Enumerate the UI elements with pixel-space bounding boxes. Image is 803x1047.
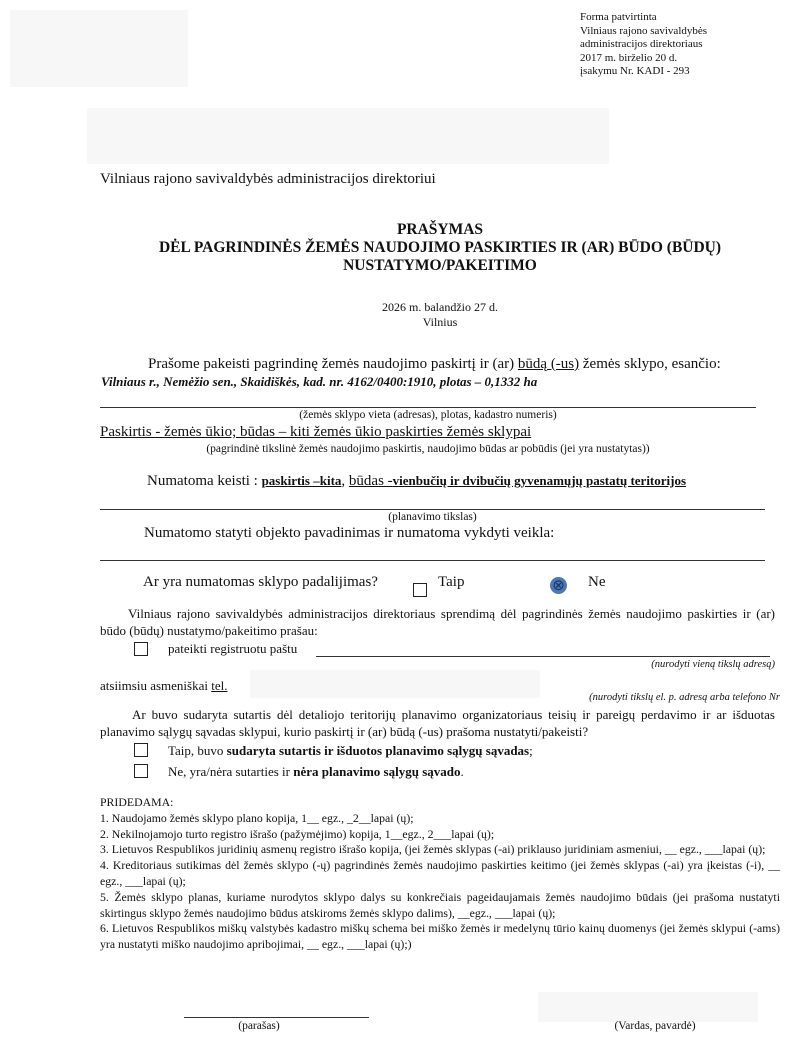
contract-yes-label: Taip, buvo sudaryta sutartis ir išduotos… [168, 743, 533, 759]
approval-line: administracijos direktoriaus [580, 38, 707, 52]
attachment-item: 6. Lietuvos Respublikos miškų valstybės … [100, 921, 780, 953]
attachment-item: 2. Nekilnojamojo turto registro išrašo (… [100, 827, 780, 843]
redacted-logo-area [10, 10, 188, 87]
mail-caption: (nurodyti vieną tikslų adresą) [560, 659, 775, 670]
location-caption: (žemės sklypo vieta (adresas), plotas, k… [100, 409, 756, 421]
approval-note: Forma patvirtinta Vilniaus rajono saviva… [580, 11, 707, 79]
division-no-selected-radio[interactable]: ⊗ [550, 577, 567, 594]
division-yes-label: Taip [438, 574, 464, 591]
mail-label: pateikti registruotu paštu [168, 641, 297, 657]
change-row: Numatoma keisti : paskirtis –kita, būdas… [147, 473, 686, 490]
addressee: Vilniaus rajono savivaldybės administrac… [100, 171, 436, 188]
personal-caption: (nurodyti tikslų el. p. adresą arba tele… [500, 692, 780, 703]
signature-caption: (parašas) [184, 1020, 334, 1032]
document-date: 2026 m. balandžio 27 d. [90, 300, 790, 314]
mail-checkbox[interactable] [134, 642, 148, 656]
object-label: Numatomo statyti objekto pavadinimas ir … [144, 525, 554, 542]
request-intro: Prašome pakeisti pagrindinę žemės naudoj… [148, 356, 721, 373]
signature-line[interactable] [184, 1017, 369, 1018]
divider [100, 560, 765, 561]
attachments-list: PRIDEDAMA: 1. Naudojamo žemės sklypo pla… [100, 795, 780, 953]
plot-location-value: Vilniaus r., Nemėžio sen., Skaidiškės, k… [101, 374, 537, 390]
document-city: Vilnius [90, 315, 790, 329]
redacted-phone [250, 670, 540, 698]
approval-line: įsakymu Nr. KADI - 293 [580, 65, 707, 79]
planning-caption: (planavimo tikslas) [100, 511, 765, 523]
divider [100, 509, 765, 510]
title-line: PRAŠYMAS [90, 221, 790, 239]
delivery-intro: Vilniaus rajono savivaldybės administrac… [100, 605, 775, 639]
title-line: NUSTATYMO/PAKEITIMO [90, 257, 790, 275]
document-title: PRAŠYMAS DĖL PAGRINDINĖS ŽEMĖS NAUDOJIMO… [90, 221, 790, 275]
phone-value: tel. [211, 678, 227, 693]
contract-no-checkbox[interactable] [134, 764, 148, 778]
approval-line: Vilniaus rajono savivaldybės [580, 25, 707, 39]
attachment-item: 1. Naudojamo žemės sklypo plano kopija, … [100, 811, 780, 827]
title-line: DĖL PAGRINDINĖS ŽEMĖS NAUDOJIMO PASKIRTI… [90, 239, 790, 257]
redacted-applicant-area [87, 108, 609, 164]
approval-line: 2017 m. birželio 20 d. [580, 52, 707, 66]
attachment-item: 4. Kreditoriaus sutikimas dėl žemės skly… [100, 858, 780, 890]
attachment-item: 5. Žemės sklypo planas, kuriame nurodyto… [100, 890, 780, 922]
mail-address-field[interactable] [316, 656, 770, 657]
personal-label: atsiimsiu asmeniškai tel. [100, 678, 227, 694]
divider [100, 407, 756, 408]
name-caption: (Vardas, pavardė) [580, 1020, 730, 1032]
current-purpose-value: Paskirtis - žemės ūkio; būdas – kiti žem… [100, 424, 531, 441]
attachment-item: 3. Lietuvos Respublikos juridinių asmenų… [100, 842, 780, 858]
division-yes-checkbox[interactable] [413, 583, 427, 597]
approval-line: Forma patvirtinta [580, 11, 707, 25]
contract-no-label: Ne, yra/nėra sutarties ir nėra planavimo… [168, 764, 464, 780]
current-purpose-caption: (pagrindinė tikslinė žemės naudojimo pas… [100, 443, 756, 455]
contract-question: Ar buvo sudaryta sutartis dėl detaliojo … [100, 706, 775, 740]
redacted-name [538, 992, 758, 1022]
contract-yes-checkbox[interactable] [134, 743, 148, 757]
attachments-heading: PRIDEDAMA: [100, 795, 780, 811]
division-no-label: Ne [588, 574, 606, 591]
division-question: Ar yra numatomas sklypo padalijimas? [143, 574, 378, 591]
